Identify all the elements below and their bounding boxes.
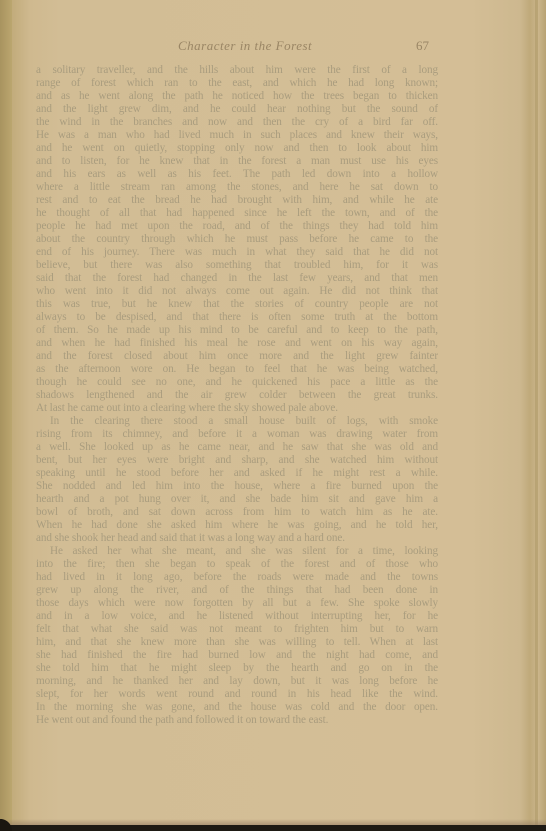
text-line: and when he had finished his meal he ros… <box>36 337 438 350</box>
text-line: and to listen, for he knew that in the f… <box>36 155 438 168</box>
text-line: had lived in it long ago, before the roa… <box>36 571 438 584</box>
text-line: He asked her what she meant, and she was… <box>36 545 438 558</box>
text-line: and the light grew dim, and he could hea… <box>36 103 438 116</box>
text-line: she had finished the fire had burned low… <box>36 649 438 662</box>
text-line: and his ears as well as his feet. The pa… <box>36 168 438 181</box>
text-line: a well. She looked up as he came near, a… <box>36 441 438 454</box>
text-line: of them. So he made up his mind to be ca… <box>36 324 438 337</box>
text-line: bent, but her eyes were bright and sharp… <box>36 454 438 467</box>
text-line: and as he went along the path he noticed… <box>36 90 438 103</box>
text-line: and the forest closed about him once mor… <box>36 350 438 363</box>
text-line: At last he came out into a clearing wher… <box>36 402 438 415</box>
text-line: people he had met upon the road, and of … <box>36 220 438 233</box>
text-line: morning, and he thanked her and lay down… <box>36 675 438 688</box>
text-line: She nodded and led him into the house, w… <box>36 480 438 493</box>
text-line: end of his journey. There was much in wh… <box>36 246 438 259</box>
binding-gutter <box>0 0 12 831</box>
page-number: 67 <box>416 38 429 54</box>
text-line: believe, but there was also something th… <box>36 259 438 272</box>
text-line: and she shook her head and said that it … <box>36 532 438 545</box>
text-line: rising from its chimney, and before it a… <box>36 428 438 441</box>
text-line: felt that what she said was not meant to… <box>36 623 438 636</box>
text-line: He was a man who had lived much in such … <box>36 129 438 142</box>
text-line: though he could see no one, and he quick… <box>36 376 438 389</box>
text-line: rest and to eat the bread he had brought… <box>36 194 438 207</box>
text-line: as the afternoon wore on. He began to fe… <box>36 363 438 376</box>
scan-corner <box>0 817 14 831</box>
running-head: Character in the Forest <box>178 38 312 54</box>
text-line: bowl of broth, and sat down across from … <box>36 506 438 519</box>
text-line: When he had done she asked him where he … <box>36 519 438 532</box>
text-line: hearth and a pot hung over it, and she b… <box>36 493 438 506</box>
text-line: where a little stream ran among the ston… <box>36 181 438 194</box>
text-line: he thought of all that had happened sinc… <box>36 207 438 220</box>
text-line: those days which were now forgotten by a… <box>36 597 438 610</box>
text-line: shadows lengthened and the air grew cold… <box>36 389 438 402</box>
text-line: him, and that she knew more than she was… <box>36 636 438 649</box>
text-line: into the fire; then she began to speak o… <box>36 558 438 571</box>
scan-bottom-edge <box>0 825 546 831</box>
text-line: He went out and found the path and follo… <box>36 714 438 727</box>
body-text: a solitary traveller, and the hills abou… <box>36 64 438 727</box>
text-line: speaking until he stood before her and a… <box>36 467 438 480</box>
text-line: the wind in the branches and now and the… <box>36 116 438 129</box>
text-line: who went into it did not always come out… <box>36 285 438 298</box>
text-line: about the country through which he must … <box>36 233 438 246</box>
text-line: this was true, but he knew that the stor… <box>36 298 438 311</box>
text-line: and in a low voice, and he listened with… <box>36 610 438 623</box>
text-line: she told him that he might sleep by the … <box>36 662 438 675</box>
page-header: Character in the Forest 67 <box>0 38 546 58</box>
book-page: Character in the Forest 67 a solitary tr… <box>0 0 546 831</box>
text-line: slept, for her words went round and roun… <box>36 688 438 701</box>
text-line: said that the forest had changed in the … <box>36 272 438 285</box>
page-edge-right <box>535 0 538 831</box>
text-line: In the clearing there stood a small hous… <box>36 415 438 428</box>
text-line: range of forest which ran to the east, a… <box>36 77 438 90</box>
text-line: always to be despised, and that there is… <box>36 311 438 324</box>
text-line: a solitary traveller, and the hills abou… <box>36 64 438 77</box>
text-line: and he went on quietly, stopping only no… <box>36 142 438 155</box>
text-line: In the morning she was gone, and the hou… <box>36 701 438 714</box>
text-line: grew up along the river, and of the thin… <box>36 584 438 597</box>
